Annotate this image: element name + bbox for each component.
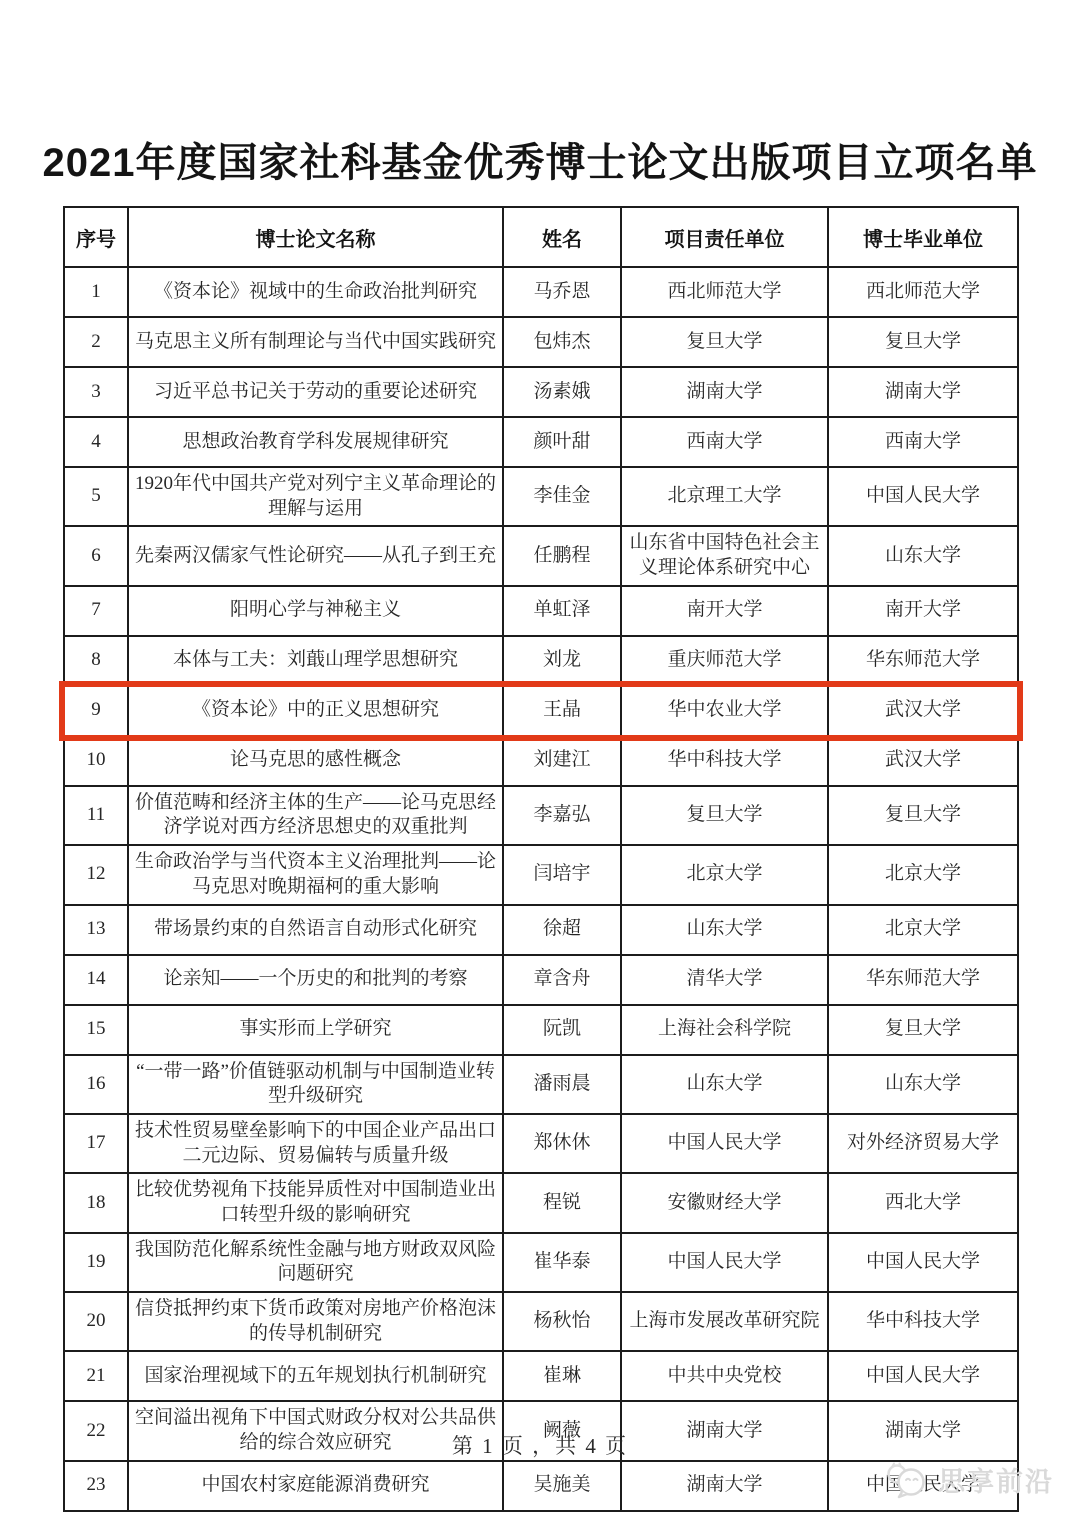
author-name-cell: 李嘉弘 <box>503 786 621 845</box>
graduation-org-cell: 西北大学 <box>828 1173 1018 1232</box>
thesis-title-cell: 我国防范化解系统性金融与地方财政双风险问题研究 <box>128 1233 503 1292</box>
table-row: 8本体与工夫：刘蕺山理学思想研究刘龙重庆师范大学华东师范大学 <box>64 636 1018 686</box>
table-row: 23中国农村家庭能源消费研究吴施美湖南大学中国人民大学 <box>64 1461 1018 1511</box>
graduation-org-cell: 复旦大学 <box>828 786 1018 845</box>
author-name-cell: 单虹泽 <box>503 586 621 636</box>
thesis-title-cell: 生命政治学与当代资本主义治理批判——论马克思对晚期福柯的重大影响 <box>128 845 503 904</box>
page-number: 第 1 页 ，共 4 页 <box>0 1430 1080 1460</box>
thesis-title-cell: 思想政治教育学科发展规律研究 <box>128 417 503 467</box>
author-name-cell: 郑休休 <box>503 1114 621 1173</box>
graduation-org-cell: 中国人民大学 <box>828 467 1018 526</box>
row-number-cell: 20 <box>64 1292 128 1351</box>
row-number-cell: 19 <box>64 1233 128 1292</box>
graduation-org-cell: 山东大学 <box>828 526 1018 585</box>
table-row: 11价值范畴和经济主体的生产——论马克思经济学说对西方经济思想史的双重批判李嘉弘… <box>64 786 1018 845</box>
responsible-org-cell: 湖南大学 <box>621 1461 828 1511</box>
graduation-org-cell: 复旦大学 <box>828 317 1018 367</box>
author-name-cell: 颜叶甜 <box>503 417 621 467</box>
graduation-org-cell: 中国人民大学 <box>828 1233 1018 1292</box>
column-header-graduation-org: 博士毕业单位 <box>828 207 1018 267</box>
row-number-cell: 7 <box>64 586 128 636</box>
thesis-title-cell: 价值范畴和经济主体的生产——论马克思经济学说对西方经济思想史的双重批判 <box>128 786 503 845</box>
author-name-cell: 刘建江 <box>503 736 621 786</box>
graduation-org-cell: 西北师范大学 <box>828 267 1018 317</box>
row-number-cell: 10 <box>64 736 128 786</box>
author-name-cell: 任鹏程 <box>503 526 621 585</box>
responsible-org-cell: 复旦大学 <box>621 786 828 845</box>
responsible-org-cell: 重庆师范大学 <box>621 636 828 686</box>
responsible-org-cell: 山东大学 <box>621 1055 828 1114</box>
author-name-cell: 潘雨晨 <box>503 1055 621 1114</box>
page-title: 2021年度国家社科基金优秀博士论文出版项目立项名单 <box>0 0 1080 186</box>
author-name-cell: 包炜杰 <box>503 317 621 367</box>
thesis-title-cell: 《资本论》视域中的生命政治批判研究 <box>128 267 503 317</box>
graduation-org-cell: 北京大学 <box>828 845 1018 904</box>
author-name-cell: 阮凯 <box>503 1005 621 1055</box>
author-name-cell: 刘龙 <box>503 636 621 686</box>
responsible-org-cell: 中国人民大学 <box>621 1233 828 1292</box>
responsible-org-cell: 北京理工大学 <box>621 467 828 526</box>
row-number-cell: 8 <box>64 636 128 686</box>
thesis-title-cell: 比较优势视角下技能异质性对中国制造业出口转型升级的影响研究 <box>128 1173 503 1232</box>
table-row: 17技术性贸易壁垒影响下的中国企业产品出口二元边际、贸易偏转与质量升级郑休休中国… <box>64 1114 1018 1173</box>
column-header-name: 姓名 <box>503 207 621 267</box>
table-row: 14论亲知——一个历史的和批判的考察章含舟清华大学华东师范大学 <box>64 955 1018 1005</box>
graduation-org-cell: 华中科技大学 <box>828 1292 1018 1351</box>
responsible-org-cell: 西南大学 <box>621 417 828 467</box>
thesis-title-cell: 论亲知——一个历史的和批判的考察 <box>128 955 503 1005</box>
table-row: 21国家治理视域下的五年规划执行机制研究崔琳中共中央党校中国人民大学 <box>64 1351 1018 1401</box>
responsible-org-cell: 中共中央党校 <box>621 1351 828 1401</box>
responsible-org-cell: 华中科技大学 <box>621 736 828 786</box>
table-row: 1《资本论》视域中的生命政治批判研究马乔恩西北师范大学西北师范大学 <box>64 267 1018 317</box>
author-name-cell: 崔华泰 <box>503 1233 621 1292</box>
row-number-cell: 17 <box>64 1114 128 1173</box>
graduation-org-cell: 武汉大学 <box>828 736 1018 786</box>
responsible-org-cell: 清华大学 <box>621 955 828 1005</box>
thesis-title-cell: 信贷抵押约束下货币政策对房地产价格泡沫的传导机制研究 <box>128 1292 503 1351</box>
chat-bubble-face-icon <box>884 1461 930 1499</box>
row-number-cell: 13 <box>64 905 128 955</box>
table-row: 15事实形而上学研究阮凯上海社会科学院复旦大学 <box>64 1005 1018 1055</box>
projects-table: 序号 博士论文名称 姓名 项目责任单位 博士毕业单位 1《资本论》视域中的生命政… <box>63 206 1019 1512</box>
graduation-org-cell: 对外经济贸易大学 <box>828 1114 1018 1173</box>
table-row: 18比较优势视角下技能异质性对中国制造业出口转型升级的影响研究程锐安徽财经大学西… <box>64 1173 1018 1232</box>
thesis-title-cell: 中国农村家庭能源消费研究 <box>128 1461 503 1511</box>
author-name-cell: 李佳金 <box>503 467 621 526</box>
table-header-row: 序号 博士论文名称 姓名 项目责任单位 博士毕业单位 <box>64 207 1018 267</box>
row-number-cell: 3 <box>64 367 128 417</box>
author-name-cell: 崔琳 <box>503 1351 621 1401</box>
author-name-cell: 章含舟 <box>503 955 621 1005</box>
thesis-title-cell: 阳明心学与神秘主义 <box>128 586 503 636</box>
responsible-org-cell: 西北师范大学 <box>621 267 828 317</box>
graduation-org-cell: 山东大学 <box>828 1055 1018 1114</box>
watermark: 思享前沿 <box>884 1460 1054 1499</box>
row-number-cell: 4 <box>64 417 128 467</box>
responsible-org-cell: 北京大学 <box>621 845 828 904</box>
table-row: 4思想政治教育学科发展规律研究颜叶甜西南大学西南大学 <box>64 417 1018 467</box>
responsible-org-cell: 湖南大学 <box>621 367 828 417</box>
column-header-thesis-title: 博士论文名称 <box>128 207 503 267</box>
thesis-title-cell: 论马克思的感性概念 <box>128 736 503 786</box>
table-row: 6先秦两汉儒家气性论研究——从孔子到王充任鹏程山东省中国特色社会主义理论体系研究… <box>64 526 1018 585</box>
responsible-org-cell: 上海社会科学院 <box>621 1005 828 1055</box>
responsible-org-cell: 复旦大学 <box>621 317 828 367</box>
graduation-org-cell: 西南大学 <box>828 417 1018 467</box>
table-row: 10论马克思的感性概念刘建江华中科技大学武汉大学 <box>64 736 1018 786</box>
author-name-cell: 程锐 <box>503 1173 621 1232</box>
row-number-cell: 12 <box>64 845 128 904</box>
table-body: 1《资本论》视域中的生命政治批判研究马乔恩西北师范大学西北师范大学2马克思主义所… <box>64 267 1018 1511</box>
responsible-org-cell: 华中农业大学 <box>621 686 828 736</box>
thesis-title-cell: 事实形而上学研究 <box>128 1005 503 1055</box>
graduation-org-cell: 华东师范大学 <box>828 955 1018 1005</box>
responsible-org-cell: 南开大学 <box>621 586 828 636</box>
row-number-cell: 18 <box>64 1173 128 1232</box>
thesis-title-cell: 1920年代中国共产党对列宁主义革命理论的理解与运用 <box>128 467 503 526</box>
row-number-cell: 1 <box>64 267 128 317</box>
responsible-org-cell: 安徽财经大学 <box>621 1173 828 1232</box>
row-number-cell: 16 <box>64 1055 128 1114</box>
graduation-org-cell: 中国人民大学 <box>828 1351 1018 1401</box>
row-number-cell: 2 <box>64 317 128 367</box>
table-row: 20信贷抵押约束下货币政策对房地产价格泡沫的传导机制研究杨秋怡上海市发展改革研究… <box>64 1292 1018 1351</box>
thesis-title-cell: “一带一路”价值链驱动机制与中国制造业转型升级研究 <box>128 1055 503 1114</box>
row-number-cell: 15 <box>64 1005 128 1055</box>
row-number-cell: 11 <box>64 786 128 845</box>
highlighted-row: 9《资本论》中的正义思想研究王晶华中农业大学武汉大学 <box>64 686 1018 736</box>
thesis-title-cell: 技术性贸易壁垒影响下的中国企业产品出口二元边际、贸易偏转与质量升级 <box>128 1114 503 1173</box>
thesis-title-cell: 《资本论》中的正义思想研究 <box>128 686 503 736</box>
row-number-cell: 5 <box>64 467 128 526</box>
table-row: 16“一带一路”价值链驱动机制与中国制造业转型升级研究潘雨晨山东大学山东大学 <box>64 1055 1018 1114</box>
row-number-cell: 21 <box>64 1351 128 1401</box>
table-row: 19我国防范化解系统性金融与地方财政双风险问题研究崔华泰中国人民大学中国人民大学 <box>64 1233 1018 1292</box>
thesis-title-cell: 本体与工夫：刘蕺山理学思想研究 <box>128 636 503 686</box>
graduation-org-cell: 武汉大学 <box>828 686 1018 736</box>
graduation-org-cell: 华东师范大学 <box>828 636 1018 686</box>
author-name-cell: 马乔恩 <box>503 267 621 317</box>
graduation-org-cell: 南开大学 <box>828 586 1018 636</box>
thesis-title-cell: 带场景约束的自然语言自动形式化研究 <box>128 905 503 955</box>
author-name-cell: 汤素娥 <box>503 367 621 417</box>
responsible-org-cell: 中国人民大学 <box>621 1114 828 1173</box>
thesis-title-cell: 国家治理视域下的五年规划执行机制研究 <box>128 1351 503 1401</box>
author-name-cell: 徐超 <box>503 905 621 955</box>
author-name-cell: 吴施美 <box>503 1461 621 1511</box>
thesis-title-cell: 习近平总书记关于劳动的重要论述研究 <box>128 367 503 417</box>
column-header-responsible-org: 项目责任单位 <box>621 207 828 267</box>
watermark-label: 思享前沿 <box>938 1460 1054 1499</box>
graduation-org-cell: 北京大学 <box>828 905 1018 955</box>
graduation-org-cell: 湖南大学 <box>828 367 1018 417</box>
thesis-title-cell: 先秦两汉儒家气性论研究——从孔子到王充 <box>128 526 503 585</box>
table-row: 7阳明心学与神秘主义单虹泽南开大学南开大学 <box>64 586 1018 636</box>
author-name-cell: 闫培宇 <box>503 845 621 904</box>
responsible-org-cell: 上海市发展改革研究院 <box>621 1292 828 1351</box>
row-number-cell: 23 <box>64 1461 128 1511</box>
table-row: 2马克思主义所有制理论与当代中国实践研究包炜杰复旦大学复旦大学 <box>64 317 1018 367</box>
table-row: 3习近平总书记关于劳动的重要论述研究汤素娥湖南大学湖南大学 <box>64 367 1018 417</box>
table-row: 13带场景约束的自然语言自动形式化研究徐超山东大学北京大学 <box>64 905 1018 955</box>
table-row: 51920年代中国共产党对列宁主义革命理论的理解与运用李佳金北京理工大学中国人民… <box>64 467 1018 526</box>
responsible-org-cell: 山东省中国特色社会主义理论体系研究中心 <box>621 526 828 585</box>
graduation-org-cell: 复旦大学 <box>828 1005 1018 1055</box>
author-name-cell: 王晶 <box>503 686 621 736</box>
column-header-index: 序号 <box>64 207 128 267</box>
table-row: 12生命政治学与当代资本主义治理批判——论马克思对晚期福柯的重大影响闫培宇北京大… <box>64 845 1018 904</box>
responsible-org-cell: 山东大学 <box>621 905 828 955</box>
row-number-cell: 9 <box>64 686 128 736</box>
row-number-cell: 6 <box>64 526 128 585</box>
row-number-cell: 14 <box>64 955 128 1005</box>
author-name-cell: 杨秋怡 <box>503 1292 621 1351</box>
thesis-title-cell: 马克思主义所有制理论与当代中国实践研究 <box>128 317 503 367</box>
